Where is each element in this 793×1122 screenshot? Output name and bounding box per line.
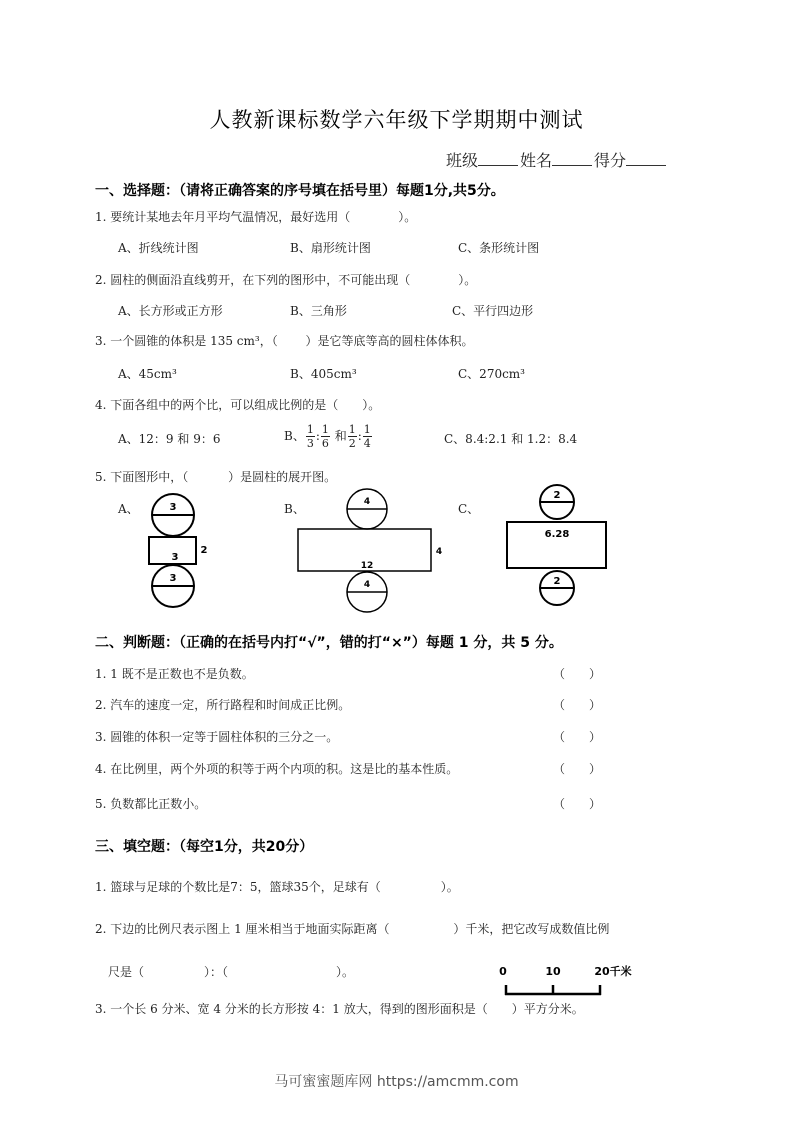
s2-q1-answer-paren[interactable]: （ ）: [553, 665, 601, 682]
fig-a-rect-label: 3: [172, 552, 179, 563]
fig-b-top-label: 4: [364, 497, 370, 507]
s2-q4-answer-paren[interactable]: （ ）: [553, 760, 601, 777]
s3-question-3: 3. 一个长 6 分米、宽 4 分米的长方形按 4：1 放大，得到的图形面积是（…: [95, 1000, 584, 1017]
fig-b-side-label: 4: [436, 547, 442, 557]
s2-question-3: 3. 圆锥的体积一定等于圆柱体积的三分之一。: [95, 728, 338, 745]
fig-a-bottom-label: 3: [170, 573, 177, 584]
scale-tick-20: 20千米: [594, 964, 631, 978]
footer-watermark: 马可蜜蜜题库网 https://amcmm.com: [0, 1071, 793, 1091]
s2-q5-answer-paren[interactable]: （ ）: [553, 795, 601, 812]
s3-question-2-line1: 2. 下边的比例尺表示图上 1 厘米相当于地面实际距离（ ）千米，把它改写成数值…: [95, 920, 609, 937]
figure-c: [507, 485, 606, 605]
scale-tick-0: 0: [499, 965, 507, 978]
fig-a-side-label: 2: [201, 545, 208, 556]
s3-question-2-line2: 尺是（ ）：（ ）。: [108, 963, 354, 980]
cylinder-net-figures: 3 3 2 3 4 12 4 4 2 6.28 2 0 10 20千米: [0, 0, 793, 1122]
fig-b-bottom-label: 4: [364, 580, 370, 590]
fig-c-bottom-label: 2: [554, 576, 561, 587]
s2-q3-answer-paren[interactable]: （ ）: [553, 728, 601, 745]
fig-c-rect-label: 6.28: [545, 529, 570, 540]
s3-question-1: 1. 篮球与足球的个数比是7：5，篮球35个，足球有（ ）。: [95, 878, 459, 895]
section3-heading: 三、填空题：（每空1分，共20分）: [95, 836, 313, 856]
section2-heading: 二、判断题：（正确的在括号内打“√”，错的打“×”）每题 1 分，共 5 分。: [95, 632, 563, 652]
scale-tick-10: 10: [545, 965, 561, 978]
s2-question-2: 2. 汽车的速度一定，所行路程和时间成正比例。: [95, 696, 350, 713]
fig-b-rect-label: 12: [361, 561, 374, 571]
s2-question-4: 4. 在比例里，两个外项的积等于两个内项的积。这是比的基本性质。: [95, 760, 458, 777]
fig-c-top-label: 2: [554, 490, 561, 501]
figure-b: [298, 489, 431, 612]
s2-question-5: 5. 负数都比正数小。: [95, 795, 206, 812]
scale-bar: [505, 985, 601, 995]
s2-question-1: 1. 1 既不是正数也不是负数。: [95, 665, 254, 682]
fig-a-top-label: 3: [170, 502, 177, 513]
s2-q2-answer-paren[interactable]: （ ）: [553, 696, 601, 713]
